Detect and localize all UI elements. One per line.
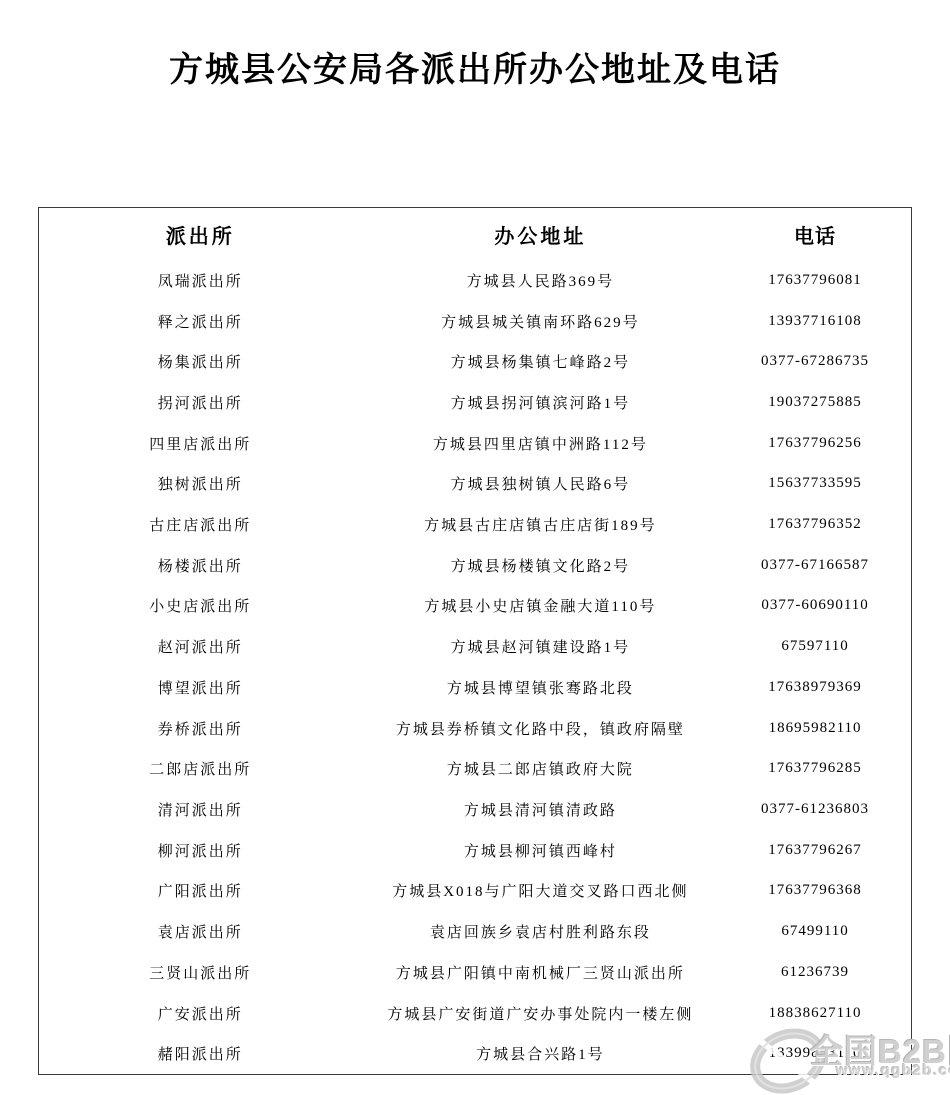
table-row: 独树派出所方城县独树镇人民路6号15637733595	[39, 464, 911, 505]
cell-station: 赭阳派出所	[39, 1043, 362, 1064]
cell-address: 方城县拐河镇滨河路1号	[362, 392, 720, 413]
cell-station: 小史店派出所	[39, 595, 362, 616]
cell-station: 广阳派出所	[39, 880, 362, 901]
cell-phone: 61236739	[719, 964, 911, 981]
cell-phone: 15637733595	[719, 475, 911, 492]
cell-address: 方城县合兴路1号	[362, 1043, 720, 1064]
cell-phone: 17637796256	[719, 435, 911, 452]
cell-station: 拐河派出所	[39, 392, 362, 413]
cell-phone: 17637796352	[719, 516, 911, 533]
cell-address: 方城县杨楼镇文化路2号	[362, 555, 720, 576]
cell-station: 赵河派出所	[39, 636, 362, 657]
cell-station: 券桥派出所	[39, 718, 362, 739]
cell-address: 方城县券桥镇文化路中段，镇政府隔壁	[362, 718, 720, 739]
cell-address: 方城县清河镇清政路	[362, 799, 720, 820]
cell-station: 柳河派出所	[39, 840, 362, 861]
cell-address: 方城县古庄店镇古庄店街189号	[362, 514, 720, 535]
cell-address: 方城县广阳镇中南机械厂三贤山派出所	[362, 962, 720, 983]
table-row: 小史店派出所方城县小史店镇金融大道110号0377-60690110	[39, 586, 911, 627]
header-station: 派出所	[39, 220, 362, 249]
cell-phone: 0377-60690110	[719, 597, 911, 614]
cell-phone: 13399863110	[719, 1045, 911, 1062]
cell-station: 广安派出所	[39, 1003, 362, 1024]
cell-station: 释之派出所	[39, 311, 362, 332]
cell-address: 方城县四里店镇中洲路112号	[362, 433, 720, 454]
table-row: 释之派出所方城县城关镇南环路629号13937716108	[39, 301, 911, 342]
cell-address: 方城县柳河镇西峰村	[362, 840, 720, 861]
cell-address: 方城县城关镇南环路629号	[362, 311, 720, 332]
cell-address: 方城县广安街道广安办事处院内一楼左侧	[362, 1003, 720, 1024]
cell-phone: 17637796081	[719, 272, 911, 289]
cell-phone: 0377-61236803	[719, 801, 911, 818]
cell-address: 方城县X018与广阳大道交叉路口西北侧	[362, 880, 720, 901]
table-row: 清河派出所方城县清河镇清政路0377-61236803	[39, 789, 911, 830]
cell-phone: 13937716108	[719, 313, 911, 330]
table-row: 券桥派出所方城县券桥镇文化路中段，镇政府隔壁18695982110	[39, 708, 911, 749]
table-header-row: 派出所 办公地址 电话	[39, 208, 911, 260]
table-row: 二郎店派出所方城县二郎店镇政府大院17637796285	[39, 748, 911, 789]
table-row: 博望派出所方城县博望镇张骞路北段17638979369	[39, 667, 911, 708]
page-title: 方城县公安局各派出所办公地址及电话	[0, 42, 950, 91]
cell-address: 方城县小史店镇金融大道110号	[362, 595, 720, 616]
cell-station: 袁店派出所	[39, 921, 362, 942]
table-row: 杨集派出所方城县杨集镇七峰路2号0377-67286735	[39, 341, 911, 382]
header-phone: 电话	[719, 220, 911, 249]
table-row: 古庄店派出所方城县古庄店镇古庄店街189号17637796352	[39, 504, 911, 545]
table-row: 四里店派出所方城县四里店镇中洲路112号17637796256	[39, 423, 911, 464]
cell-phone: 18695982110	[719, 720, 911, 737]
table-row: 凤瑞派出所方城县人民路369号17637796081	[39, 260, 911, 301]
cell-address: 方城县人民路369号	[362, 270, 720, 291]
table-body: 凤瑞派出所方城县人民路369号17637796081释之派出所方城县城关镇南环路…	[39, 260, 911, 1074]
cell-station: 古庄店派出所	[39, 514, 362, 535]
cell-phone: 17638979369	[719, 679, 911, 696]
table-row: 柳河派出所方城县柳河镇西峰村17637796267	[39, 830, 911, 871]
cell-station: 杨集派出所	[39, 351, 362, 372]
cell-station: 清河派出所	[39, 799, 362, 820]
header-address: 办公地址	[362, 220, 720, 249]
cell-phone: 19037275885	[719, 394, 911, 411]
cell-phone: 67597110	[719, 638, 911, 655]
cell-station: 三贤山派出所	[39, 962, 362, 983]
cell-station: 博望派出所	[39, 677, 362, 698]
table-row: 三贤山派出所方城县广阳镇中南机械厂三贤山派出所61236739	[39, 952, 911, 993]
table-row: 赵河派出所方城县赵河镇建设路1号67597110	[39, 626, 911, 667]
table-row: 赭阳派出所方城县合兴路1号13399863110	[39, 1033, 911, 1074]
cell-address: 方城县二郎店镇政府大院	[362, 758, 720, 779]
table-row: 广阳派出所方城县X018与广阳大道交叉路口西北侧17637796368	[39, 871, 911, 912]
table-row: 袁店派出所袁店回族乡袁店村胜利路东段67499110	[39, 911, 911, 952]
cell-address: 方城县独树镇人民路6号	[362, 473, 720, 494]
stations-table: 派出所 办公地址 电话 凤瑞派出所方城县人民路369号17637796081释之…	[38, 207, 912, 1075]
cell-address: 方城县博望镇张骞路北段	[362, 677, 720, 698]
cell-phone: 67499110	[719, 923, 911, 940]
cell-station: 二郎店派出所	[39, 758, 362, 779]
table-row: 杨楼派出所方城县杨楼镇文化路2号0377-67166587	[39, 545, 911, 586]
cell-phone: 18838627110	[719, 1005, 911, 1022]
cell-phone: 17637796267	[719, 842, 911, 859]
cell-station: 杨楼派出所	[39, 555, 362, 576]
cell-station: 凤瑞派出所	[39, 270, 362, 291]
cell-address: 方城县赵河镇建设路1号	[362, 636, 720, 657]
cell-phone: 17637796368	[719, 882, 911, 899]
cell-station: 独树派出所	[39, 473, 362, 494]
cell-address: 方城县杨集镇七峰路2号	[362, 351, 720, 372]
table-row: 广安派出所方城县广安街道广安办事处院内一楼左侧18838627110	[39, 993, 911, 1034]
cell-phone: 17637796285	[719, 760, 911, 777]
cell-phone: 0377-67166587	[719, 557, 911, 574]
table-row: 拐河派出所方城县拐河镇滨河路1号19037275885	[39, 382, 911, 423]
cell-phone: 0377-67286735	[719, 353, 911, 370]
cell-station: 四里店派出所	[39, 433, 362, 454]
cell-address: 袁店回族乡袁店村胜利路东段	[362, 921, 720, 942]
